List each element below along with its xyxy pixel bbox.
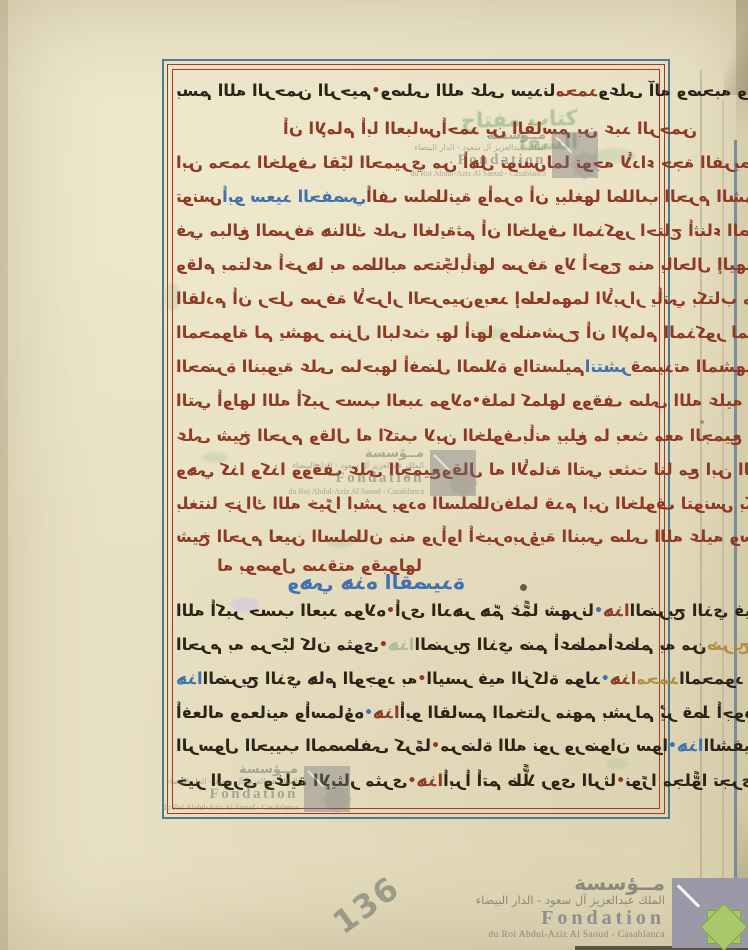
verse-separator-dot: • bbox=[379, 638, 388, 652]
text-segment: محمد bbox=[636, 671, 679, 688]
text-line: خير الورى وغاية الإيثار مثرى•هذاأبرأ أتم… bbox=[176, 768, 654, 794]
text-segment: انتشر bbox=[585, 359, 631, 376]
text-segment: أحمد بن القاسم بن عبد الرحمن bbox=[441, 121, 697, 138]
text-segment: أرى الدهر همّ غمًّا شهرنا bbox=[395, 603, 594, 620]
text-line: التي أولها الله أكبر حسب العبد مولاه•فلم… bbox=[176, 388, 654, 414]
text-line: بلغتنا جزاك الله خيرًا ابشر بوده السلطان… bbox=[176, 491, 654, 517]
text-line: القادم أن رحل صرفة لأحرار الحرمينوبعد إط… bbox=[176, 286, 654, 312]
text-line: بسم الله الرحمن الرحيم•وصلى الله على سيد… bbox=[176, 78, 654, 104]
text-segment: هذا bbox=[388, 637, 415, 654]
text-segment: ثم أن الخلوف المذكور احتاج أثناء الطريق bbox=[456, 223, 748, 240]
text-segment: أبو القاسم المختار منهم بشر bbox=[400, 705, 636, 722]
text-segment: هذا bbox=[610, 671, 637, 688]
text-segment: تونس bbox=[176, 189, 222, 206]
text-segment: شرح أن الإمام المذكور لما وصل bbox=[542, 325, 748, 342]
logo-org-ar-full: الملك عبدالعزيز آل سعود - الدار البيضاء bbox=[425, 894, 665, 907]
text-segment: برؤية النبي صلى الله عليه وسلم وإعلامه bbox=[513, 529, 748, 546]
text-segment: أعظم به من bbox=[608, 637, 707, 654]
text-segment: هذا bbox=[373, 705, 400, 722]
text-segment: وبعد إطعامهما الأبرار يأتي بكتاب من bbox=[473, 291, 748, 308]
text-segment: ابن محمد الخلوف لقبًا الحميري من أهل تون… bbox=[176, 155, 546, 172]
verse-separator-dot: • bbox=[408, 774, 417, 788]
text-segment: المحمولة لم يشهر منزل الباعث بها أنها وط… bbox=[176, 325, 542, 342]
text-segment: بلغتنا جزاك الله خيرًا ابشر بوده السلطان bbox=[176, 496, 504, 513]
text-line: المحمولة لم يشهر منزل الباعث بها أنها وط… bbox=[176, 320, 654, 346]
text-line: تونسأبو سعيد الحفصيألف سلطانية وأمره أن … bbox=[176, 184, 654, 210]
fondation-star-icon bbox=[707, 910, 741, 944]
text-segment: قصيدته المشهورة bbox=[630, 359, 748, 376]
text-line: شيخ الحرم لعين السلطان منه ورأوا أخبرهبر… bbox=[176, 524, 654, 550]
text-segment: القادم أن رحل صرفة لأحرار الحرمين bbox=[176, 291, 473, 308]
text-segment: الحضرة النبوية على صاحبها أفضل الصلاة وا… bbox=[176, 359, 585, 376]
fondation-logo-text: مــؤسسة الملك عبدالعزيز آل سعود - الدار … bbox=[425, 872, 665, 940]
text-segment: شيخ الحرم لعين السلطان منه ورأوا أخبره bbox=[176, 529, 513, 546]
text-segment: نورًا مجلوًّا تجري بشم مغنما bbox=[625, 773, 748, 790]
verse-separator-dot: • bbox=[594, 604, 603, 618]
manuscript-scan-page: كتاب مفتاح الشفا بسم الله الرحمن الرحيم•… bbox=[0, 0, 748, 950]
text-segment: لما توجه لأداء حجة الفريضة بعث معه أمير bbox=[546, 155, 748, 172]
text-segment: لم يُر قط أجود الخلق مرقى bbox=[635, 705, 748, 722]
text-segment: هذا bbox=[677, 738, 704, 755]
text-segment: هذا bbox=[603, 603, 630, 620]
text-segment: المحمود مرحمة bbox=[679, 671, 748, 688]
text-segment: أبرأ أتم ظلًّا روى الرثا bbox=[443, 773, 616, 790]
logo-org-fr-full: du Roi Abdul-Aziz Al Saoud - Casablanca bbox=[425, 930, 665, 940]
text-line: أن الإمام أبا العباسأحمد بن القاسم بن عب… bbox=[176, 116, 654, 142]
text-segment: الرسول الحبيب المصطفى كرمًا bbox=[176, 738, 431, 755]
text-segment: فلما قدم ابن الخلوف لتونس بكتاب bbox=[504, 496, 748, 513]
text-line: الرسول الحبيب المصطفى كرمًا•مرضاة الله ن… bbox=[176, 733, 654, 759]
text-segment: بسم الله الرحمن الرحيم bbox=[176, 83, 371, 100]
text-segment: وقام بمتاعه أخرها به مطالبه محتجًا bbox=[176, 257, 460, 274]
text-line: على شيخ الحرم وقال له اكتب لابن الخلوفبأ… bbox=[176, 423, 654, 449]
text-segment: أن الإمام أبا العباس bbox=[283, 121, 441, 138]
text-segment: الضريح الذي فيه الحبيب ثوى bbox=[630, 603, 748, 620]
text-segment: فلما كملها ووقف صلى الله عليه وسلم bbox=[481, 393, 748, 410]
text-segment: هذا bbox=[176, 671, 203, 688]
text-segment: الشفيع الوجيه المجتبى شرفًا bbox=[704, 738, 748, 755]
text-segment: خير الورى وغاية الإيثار مثرى bbox=[176, 773, 408, 790]
text-segment: وصلى الله على سيدنا bbox=[380, 83, 555, 100]
text-line: وهي هذه القصيدة bbox=[287, 569, 477, 595]
text-segment: ضريح bbox=[706, 637, 748, 654]
logo-org-fr: Fondation bbox=[425, 907, 665, 930]
text-segment: وقال له الأمانة التي بعثت لنا مع ابن الخ… bbox=[441, 462, 748, 479]
text-line: الحضرة النبوية على صاحبها أفضل الصلاة وا… bbox=[176, 354, 654, 380]
verse-separator-dot: • bbox=[431, 739, 440, 753]
text-segment: هذا bbox=[416, 773, 443, 790]
verse-separator-dot: • bbox=[386, 604, 395, 618]
text-segment: بأنه يبلغ ما بعث معه الجميع والصرفة bbox=[522, 428, 748, 445]
text-segment: الحرم به مرحبًا كان مثوى bbox=[176, 637, 379, 654]
text-segment: بأنها صرفة ولا أحوج منه بالحال إليها bbox=[460, 257, 748, 274]
verse-separator-dot: • bbox=[371, 84, 380, 98]
text-segment: الضريح الذي ضم أعظمه bbox=[414, 637, 607, 654]
text-line: الحرم به مرحبًا كان مثوى•هذاالضريح الذي … bbox=[176, 632, 654, 658]
text-segment: مرضاة الله نور ورضوان سوا bbox=[440, 738, 668, 755]
text-segment: التي أولها الله أكبر حسب العبد مولاه bbox=[176, 393, 472, 410]
text-segment: على شيخ الحرم وقال له اكتب لابن الخلوف bbox=[176, 428, 522, 445]
text-segment: وهي كذا وكذا ووقف على الجميع bbox=[176, 462, 441, 479]
text-segment: أفعاله ومعانيه وأسماؤه bbox=[176, 705, 364, 722]
text-segment: ألف سلطانية وأمره أن يبلغها لطالب الحرم … bbox=[366, 189, 748, 206]
verse-separator-dot: • bbox=[601, 672, 610, 686]
paper-freckle bbox=[700, 420, 704, 424]
page-left-edge-shadow bbox=[0, 0, 8, 950]
text-segment: الضريح الذي هام الوجود به bbox=[203, 671, 418, 688]
text-line: وقام بمتاعه أخرها به مطالبه محتجًابأنها … bbox=[176, 252, 654, 278]
text-line: هذاالضريح الذي هام الوجود به•اليسر فيه ا… bbox=[176, 666, 654, 692]
verse-separator-dot: • bbox=[616, 774, 625, 788]
text-segment: الله أكبر حسب العبد مولاه bbox=[176, 603, 386, 620]
text-segment: وهي هذه القصيدة bbox=[287, 572, 465, 592]
text-line: أفعاله ومعانيه وأسماؤه•هذاأبو القاسم الم… bbox=[176, 700, 654, 726]
text-line: ابن محمد الخلوف لقبًا الحميري من أهل تون… bbox=[176, 150, 654, 176]
manuscript-text: بسم الله الرحمن الرحيم•وصلى الله على سيد… bbox=[176, 60, 654, 820]
logo-org-ar: مــؤسسة bbox=[425, 872, 665, 894]
text-segment: محمد bbox=[555, 83, 598, 100]
verse-separator-dot: • bbox=[668, 739, 677, 753]
text-line: الله أكبر حسب العبد مولاه•أرى الدهر همّ … bbox=[176, 598, 654, 624]
text-segment: أبو سعيد الحفصي bbox=[222, 189, 366, 206]
page-crease bbox=[722, 100, 724, 880]
verse-separator-dot: • bbox=[364, 706, 373, 720]
verse-separator-dot: • bbox=[472, 394, 481, 408]
folio-number: 136 bbox=[326, 868, 407, 942]
text-segment: اليسر فيه الزكاة مولد bbox=[426, 671, 600, 688]
text-line: في مبالغ الصرفة هنالك على الغايةثم أن ال… bbox=[176, 218, 654, 244]
text-segment: في مبالغ الصرفة هنالك على الغاية bbox=[176, 223, 456, 240]
text-line: وهي كذا وكذا ووقف على الجميعوقال له الأم… bbox=[176, 457, 654, 483]
text-segment: وعلى آله وصحبه وسلم تسليــــمًا bbox=[598, 83, 748, 100]
